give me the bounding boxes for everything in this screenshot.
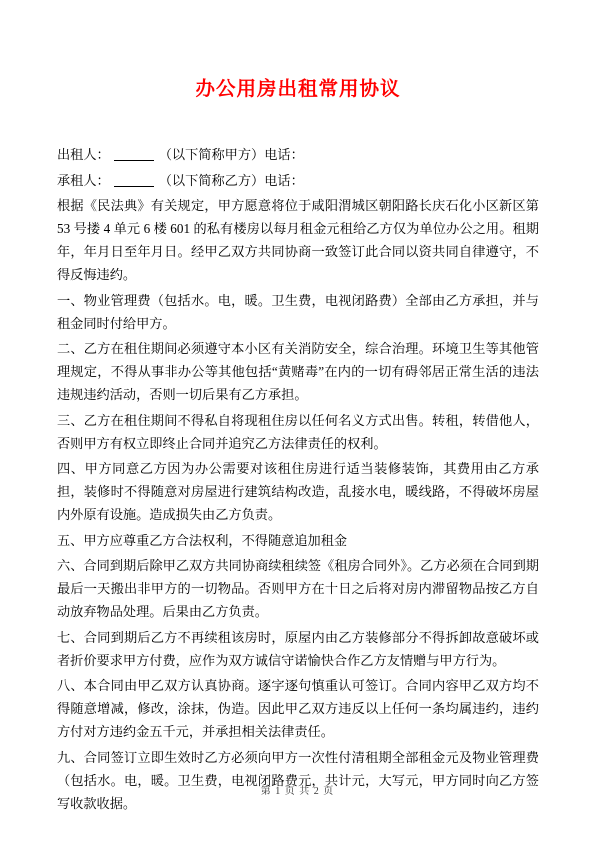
paragraph-clause-3: 三、乙方在租住期间不得私自将现租住房以任何名义方式出售。转租，转借他人，否则甲方… xyxy=(57,409,539,455)
document-page: 办公用房出租常用协议 出租人：（以下简称甲方）电话： 承租人：（以下简称乙方）电… xyxy=(0,0,595,841)
paragraph-intro: 根据《民法典》有关规定，甲方愿意将位于咸阳渭城区朝阳路长庆石化小区新区第 53 … xyxy=(57,194,539,286)
paragraph-clause-4: 四、甲方同意乙方因为办公需要对该租住房进行适当装修装饰，其费用由乙方承担，装修时… xyxy=(57,457,539,526)
paragraph-clause-1: 一、物业管理费（包括水。电，暖。卫生费，电视闭路费）全部由乙方承担，并与租金同时… xyxy=(57,289,539,335)
lessee-label: 承租人： xyxy=(57,173,110,188)
paragraph-clause-6: 六、合同到期后除甲乙双方共同协商续租续签《租房合同外》。乙方必须在合同到期最后一… xyxy=(57,554,539,623)
lessor-line: 出租人：（以下简称甲方）电话： xyxy=(57,143,539,166)
lessor-name-blank xyxy=(114,160,154,161)
lessee-name-blank xyxy=(114,186,154,187)
lessor-suffix: （以下简称甲方）电话： xyxy=(159,147,304,162)
paragraph-clause-9: 九、合同签订立即生效时乙方必须向甲方一次性付清租期全部租金元及物业管理费（包括水… xyxy=(57,746,539,815)
page-number-footer: 第 1 页 共 2 页 xyxy=(0,782,595,797)
lessee-suffix: （以下简称乙方）电话： xyxy=(159,173,304,188)
lessor-label: 出租人： xyxy=(57,147,110,162)
paragraph-clause-8: 八、本合同由甲乙双方认真协商。逐字逐句慎重认可签订。合同内容甲乙双方均不得随意增… xyxy=(57,674,539,743)
lessee-line: 承租人：（以下简称乙方）电话： xyxy=(57,169,539,192)
paragraph-clause-7: 七、合同到期后乙方不再续租该房时，原屋内由乙方装修部分不得拆卸故意破坏或者折价要… xyxy=(57,626,539,672)
paragraph-clause-2: 二、乙方在租住期间必须遵守本小区有关消防安全，综合治理。环境卫生等其他管理规定，… xyxy=(57,337,539,406)
document-title: 办公用房出租常用协议 xyxy=(57,76,539,103)
paragraph-clause-5: 五、甲方应尊重乙方合法权利，不得随意追加租金 xyxy=(57,529,539,552)
